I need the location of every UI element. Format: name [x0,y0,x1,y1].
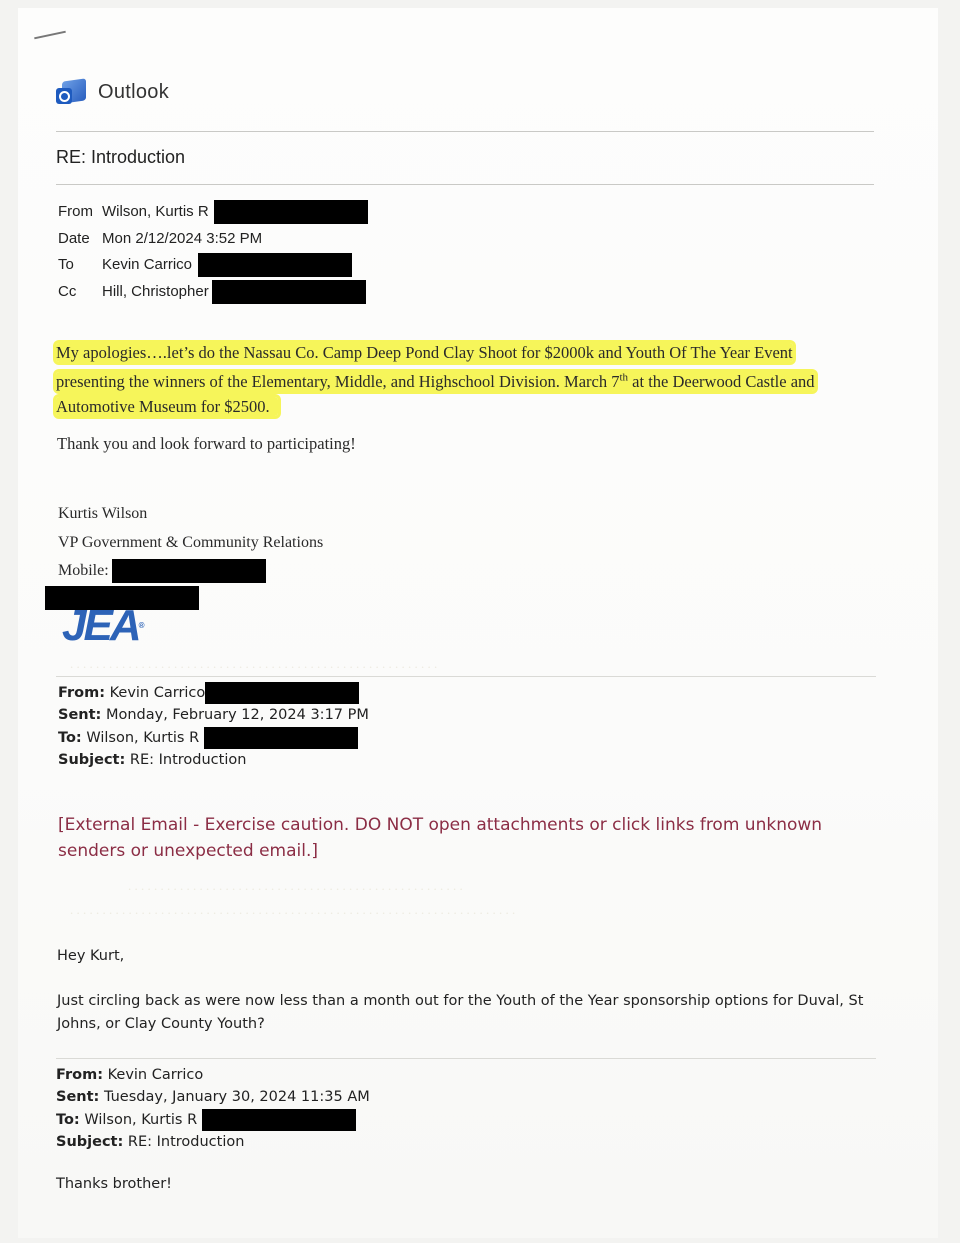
body-line-2-end: at the Deerwood Castle and [628,372,814,391]
message-body: My apologies….let’s do the Nassau Co. Ca… [56,340,886,419]
closing-line: Thank you and look forward to participat… [57,434,356,454]
redacted-email [202,1109,356,1131]
sent-label: Sent: [56,1086,99,1108]
redacted-email [214,200,368,224]
subject-value: RE: Introduction [128,1131,245,1153]
body-line-3: Automotive Museum for $2500. [56,397,270,416]
sent-value: Monday, February 12, 2024 3:17 PM [106,704,369,726]
quoted-sent-row: Sent: Tuesday, January 30, 2024 11:35 AM [56,1086,370,1108]
quoted-to-row: To: Wilson, Kurtis R [58,727,369,749]
cc-label: Cc [58,279,102,306]
sent-value: Tuesday, January 30, 2024 11:35 AM [104,1086,370,1108]
cc-value: Hill, Christopher [102,279,209,306]
quoted-from-row: From: Kevin Carrico [58,682,369,704]
outlook-icon [56,78,86,106]
to-value: Wilson, Kurtis R [84,1109,197,1131]
redacted-phone [112,559,266,583]
quoted-subject-row: Subject: RE: Introduction [56,1131,370,1153]
app-name: Outlook [98,81,169,104]
app-header: Outlook [56,78,169,106]
sent-label: Sent: [58,704,101,726]
message-metadata: From Wilson, Kurtis R Date Mon 2/12/2024… [58,199,368,305]
date-row: Date Mon 2/12/2024 3:52 PM [58,226,368,253]
to-value: Wilson, Kurtis R [86,727,199,749]
to-label: To: [56,1109,80,1131]
signature-name: Kurtis Wilson [58,500,323,529]
body-line-1: My apologies….let’s do the Nassau Co. Ca… [56,343,793,362]
redacted-email [198,253,352,277]
bleed-through-text: . . . . . . . . . . . . . . . . . . . . … [70,902,515,918]
to-label: To: [58,727,82,749]
greeting: Hey Kurt, [57,948,124,964]
quote-divider [56,1058,876,1059]
quoted-to-row: To: Wilson, Kurtis R [56,1109,370,1131]
body-line-2: presenting the winners of the Elementary… [56,372,619,391]
printed-email-page [18,8,938,1238]
from-value: Wilson, Kurtis R [102,199,209,226]
bleed-through-text: . . . . . . . . . . . . . . . . . . . . … [70,656,437,672]
highlighted-text: My apologies….let’s do the Nassau Co. Ca… [56,343,793,362]
registered-mark: ® [139,621,145,630]
subject-divider [56,184,874,185]
redacted-email [204,727,358,749]
from-value: Kevin Carrico [108,1064,204,1086]
ordinal-suffix: th [619,371,628,383]
from-value: Kevin Carrico [110,682,206,704]
from-label: From: [58,682,105,704]
to-value: Kevin Carrico [102,252,192,279]
subject-value: RE: Introduction [130,749,247,771]
from-row: From Wilson, Kurtis R [58,199,368,226]
signature-mobile: Mobile: [58,557,323,586]
from-label: From: [56,1064,103,1086]
cc-row: Cc Hill, Christopher [58,279,368,306]
signature: Kurtis Wilson VP Government & Community … [58,500,323,586]
quoted-header-1: From: Kevin Carrico Sent: Monday, Februa… [58,682,369,771]
logo-text: JEA [62,601,139,650]
redacted-email [205,682,359,704]
subject-label: Subject: [58,749,125,771]
quoted-from-row: From: Kevin Carrico [56,1064,370,1086]
to-row: To Kevin Carrico [58,252,368,279]
quoted-header-2: From: Kevin Carrico Sent: Tuesday, Janua… [56,1064,370,1153]
external-email-warning: [External Email - Exercise caution. DO N… [58,812,848,864]
subject-label: Subject: [56,1131,123,1153]
quoted-subject-row: Subject: RE: Introduction [58,749,369,771]
redacted-email [212,280,366,304]
quoted-sent-row: Sent: Monday, February 12, 2024 3:17 PM [58,704,369,726]
date-value: Mon 2/12/2024 3:52 PM [102,226,262,253]
quoted-body: Thanks brother! [56,1176,172,1192]
to-label: To [58,252,102,279]
date-label: Date [58,226,102,253]
email-subject: RE: Introduction [56,147,185,168]
from-label: From [58,199,102,226]
quoted-body: Just circling back as were now less than… [57,990,877,1036]
header-divider [56,131,874,132]
highlighted-text: presenting the winners of the Elementary… [56,372,815,391]
highlighted-text: Automotive Museum for $2500. [56,397,278,416]
jea-logo: JEA® [62,604,145,648]
bleed-through-text: . . . . . . . . . . . . . . . . . . . . … [128,878,463,894]
quote-divider [56,676,876,677]
mobile-label: Mobile: [58,557,109,586]
signature-title: VP Government & Community Relations [58,529,323,558]
